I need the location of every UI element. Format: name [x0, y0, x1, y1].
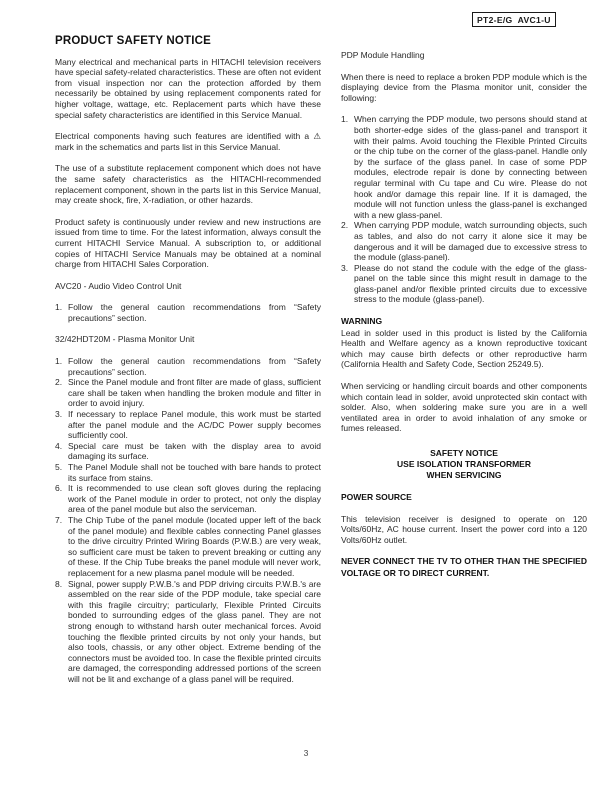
paragraph-substitute-components: The use of a substitute replacement comp… [55, 163, 321, 205]
paragraph-mark-identification: Electrical components having such featur… [55, 131, 321, 152]
list-item-number: 2. [55, 377, 68, 409]
paragraph-power-source: This television receiver is designed to … [341, 514, 587, 546]
warning-heading: WARNING [341, 316, 587, 327]
list-item-number: 3. [55, 409, 68, 441]
list-item-text: Special care must be taken with the disp… [68, 441, 321, 462]
list-item-number: 6. [55, 483, 68, 515]
list-item-text: If necessary to replace Panel module, th… [68, 409, 321, 441]
list-item-text: When carrying PDP module, watch surround… [354, 220, 587, 262]
list-item: 8. Signal, power supply P.W.B.'s and PDP… [55, 579, 321, 685]
list-item-text: The Panel Module shall not be touched wi… [68, 462, 321, 483]
plasma-monitor-list: 1. Follow the general caution recommenda… [55, 356, 321, 684]
section-title-avc20: AVC20 - Audio Video Control Unit [55, 281, 321, 292]
paragraph-safety-parts: Many electrical and mechanical parts in … [55, 57, 321, 121]
list-item-number: 4. [55, 441, 68, 462]
list-item-text: Follow the general caution recommendatio… [68, 302, 321, 323]
warning-triangle-icon: ⚠ [313, 131, 321, 141]
section-title-plasma-monitor: 32/42HDT20M - Plasma Monitor Unit [55, 334, 321, 345]
page-number: 3 [0, 748, 612, 758]
list-item: 5. The Panel Module shall not be touched… [55, 462, 321, 483]
safety-notice-line: SAFETY NOTICE [341, 448, 587, 459]
list-item-number: 3. [341, 263, 354, 305]
list-item-text: The Chip Tube of the panel module (locat… [68, 515, 321, 579]
power-source-heading: POWER SOURCE [341, 492, 587, 503]
safety-notice-line: USE ISOLATION TRANSFORMER [341, 459, 587, 470]
list-item-number: 1. [55, 356, 68, 377]
paragraph-product-safety-review: Product safety is continuously under rev… [55, 217, 321, 270]
list-item-number: 5. [55, 462, 68, 483]
list-item: 2. Since the Panel module and front filt… [55, 377, 321, 409]
list-item-text: When carrying the PDP module, two person… [354, 114, 587, 220]
page-title: PRODUCT SAFETY NOTICE [55, 36, 321, 47]
list-item: 2. When carrying PDP module, watch surro… [341, 220, 587, 262]
list-item-number: 7. [55, 515, 68, 579]
list-item-text: It is recommended to use clean soft glov… [68, 483, 321, 515]
paragraph-servicing-solder: When servicing or handling circuit board… [341, 381, 587, 434]
pdp-handling-list: 1. When carrying the PDP module, two per… [341, 114, 587, 305]
list-item-text: Follow the general caution recommendatio… [68, 356, 321, 377]
list-item-number: 2. [341, 220, 354, 262]
right-column: PDP Module Handling When there is need t… [341, 50, 587, 579]
list-item: 6. It is recommended to use clean soft g… [55, 483, 321, 515]
list-item: 4. Special care must be taken with the d… [55, 441, 321, 462]
list-item: 1. Follow the general caution recommenda… [55, 302, 321, 323]
list-item-text: Signal, power supply P.W.B.'s and PDP dr… [68, 579, 321, 685]
paragraph-lead-solder: Lead in solder used in this product is l… [341, 328, 587, 370]
list-item-number: 8. [55, 579, 68, 685]
list-item-text: Please do not stand the codule with the … [354, 263, 587, 305]
list-item-number: 1. [341, 114, 354, 220]
paragraph-text: Electrical components having such featur… [55, 131, 309, 141]
list-item-number: 1. [55, 302, 68, 323]
left-column: PRODUCT SAFETY NOTICE Many electrical an… [55, 36, 321, 695]
never-connect-warning: NEVER CONNECT THE TV TO OTHER THAN THE S… [341, 556, 587, 579]
safety-notice-line: WHEN SERVICING [341, 470, 587, 481]
list-item: 1. When carrying the PDP module, two per… [341, 114, 587, 220]
safety-notice-block: SAFETY NOTICE USE ISOLATION TRANSFORMER … [341, 448, 587, 481]
paragraph-pdp-intro: When there is need to replace a broken P… [341, 72, 587, 104]
paragraph-text: mark in the schematics and parts list in… [55, 142, 280, 152]
service-manual-page: PT2-E/G AVC1-U PRODUCT SAFETY NOTICE Man… [0, 0, 612, 792]
list-item: 3. If necessary to replace Panel module,… [55, 409, 321, 441]
section-title-pdp-handling: PDP Module Handling [341, 50, 587, 61]
list-item: 1. Follow the general caution recommenda… [55, 356, 321, 377]
model-number-box: PT2-E/G AVC1-U [472, 12, 556, 27]
avc20-list: 1. Follow the general caution recommenda… [55, 302, 321, 323]
list-item-text: Since the Panel module and front filter … [68, 377, 321, 409]
list-item: 7. The Chip Tube of the panel module (lo… [55, 515, 321, 579]
list-item: 3. Please do not stand the codule with t… [341, 263, 587, 305]
